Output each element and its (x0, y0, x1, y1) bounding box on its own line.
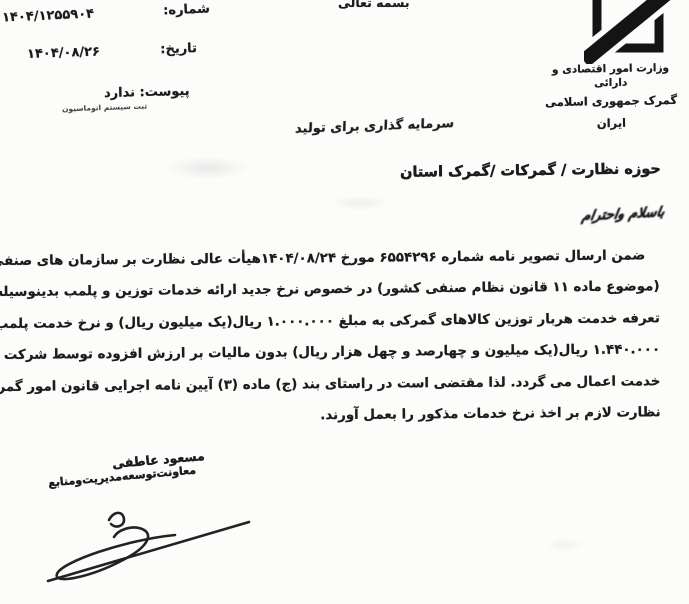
signature-scrawl-icon (33, 482, 255, 590)
addressee-line: حوزه نظارت / گمرکات /گمرک استان (400, 161, 661, 181)
scan-smudge (165, 156, 250, 180)
letter-number-label: شماره: (163, 1, 210, 18)
ministry-name: وزارت امور اقتصادی و دارائی (534, 61, 686, 92)
scan-smudge (330, 195, 390, 211)
basmala-heading: بسمه تعالی (338, 0, 410, 10)
letterhead-org-block: وزارت امور اقتصادی و دارائی گمرک جمهوری … (534, 61, 687, 136)
body-paragraph: ضمن ارسال تصویر نامه شماره ۶۵۵۴۲۹۶ مورخ … (29, 240, 661, 434)
salutation-script: باسلام واحترام (581, 204, 666, 224)
body-line: نظارت لازم بر اخذ نرخ خدمات مذکور را بعم… (31, 397, 661, 434)
scan-smudge (545, 538, 585, 552)
year-slogan: سرمایه گذاری برای تولید (295, 116, 455, 137)
scanned-letter-page: شماره: ۱۴۰۴/۱۲۵۵۹۰۴ تاریخ: ۱۴۰۴/۰۸/۲۶ پی… (0, 0, 689, 604)
automation-registration-note: ثبت سیستم اتوماسیون (62, 102, 147, 114)
letter-date-value: ۱۴۰۴/۰۸/۲۶ (27, 44, 100, 62)
attachment-row: پیوست: ندارد (104, 84, 190, 101)
customs-logo-icon (584, 0, 672, 64)
body-line: ضمن ارسال تصویر نامه شماره ۶۵۵۴۲۹۶ مورخ … (29, 240, 659, 277)
customs-org-name: گمرک جمهوری اسلامی ایران (535, 89, 688, 136)
letter-date-label: تاریخ: (160, 41, 197, 57)
letter-date-row: تاریخ: ۱۴۰۴/۰۸/۲۶ (27, 41, 197, 62)
letter-number-value: ۱۴۰۴/۱۲۵۵۹۰۴ (2, 7, 95, 26)
letter-number-row: شماره: ۱۴۰۴/۱۲۵۵۹۰۴ (2, 1, 210, 25)
